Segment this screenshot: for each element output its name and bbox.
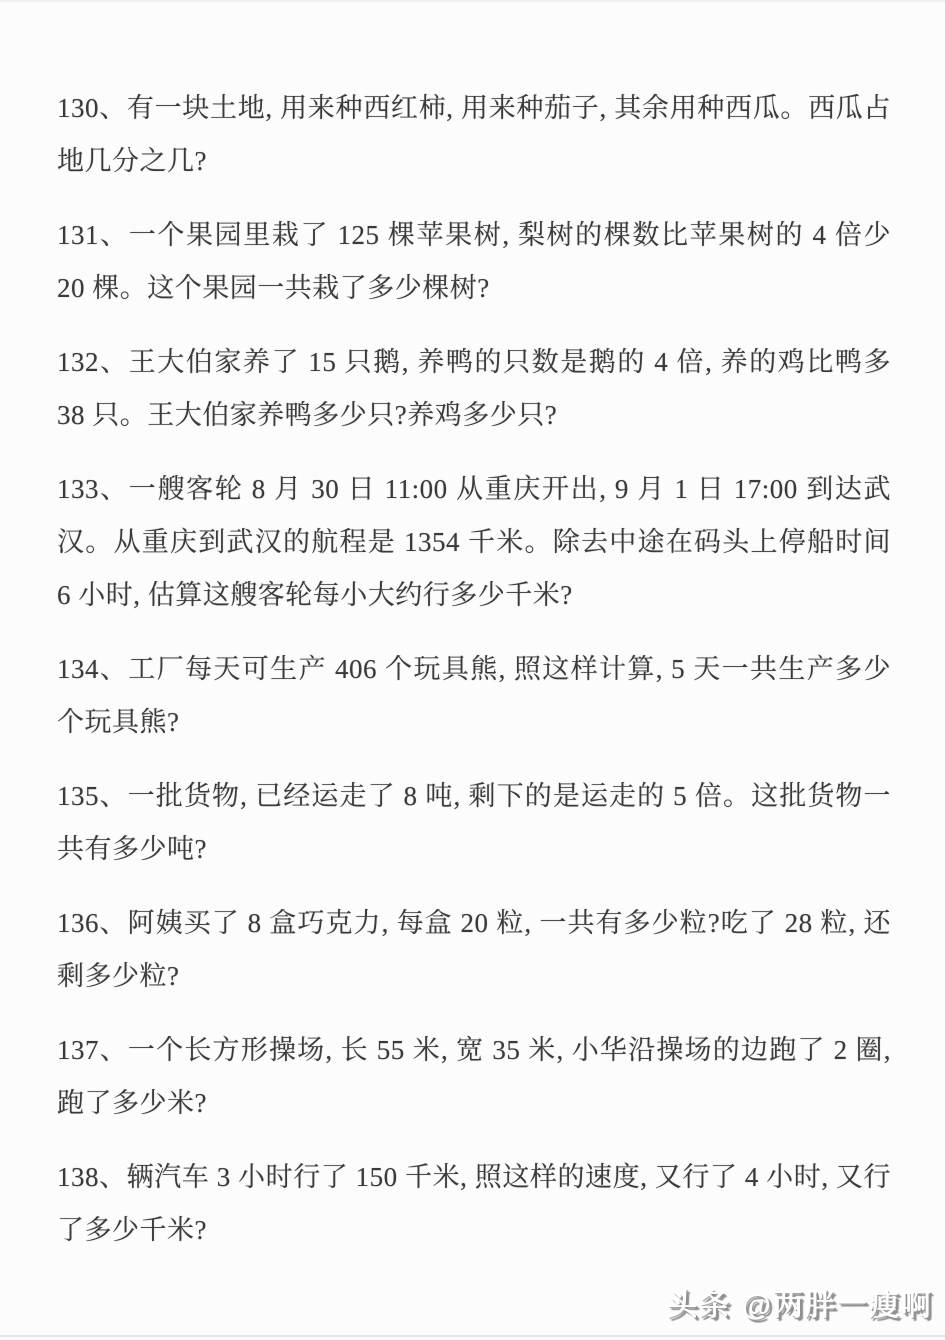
problem-135: 135、一批货物, 已经运走了 8 吨, 剩下的是运走的 5 倍。这批货物一共有…: [57, 770, 891, 876]
problem-text: 有一块土地, 用来种西红柿, 用来种茄子, 其余用种西瓜。西瓜占地几分之几?: [57, 93, 891, 176]
problem-133: 133、一艘客轮 8 月 30 日 11:00 从重庆开出, 9 月 1 日 1…: [57, 463, 891, 622]
problem-137: 137、一个长方形操场, 长 55 米, 宽 35 米, 小华沿操场的边跑了 2…: [57, 1024, 891, 1130]
top-divider: [0, 0, 945, 2]
problem-138: 138、辆汽车 3 小时行了 150 千米, 照这样的速度, 又行了 4 小时,…: [57, 1151, 891, 1257]
worksheet-page: 130、有一块土地, 用来种西红柿, 用来种茄子, 其余用种西瓜。西瓜占地几分之…: [0, 0, 945, 1340]
problem-136: 136、阿姨买了 8 盒巧克力, 每盒 20 粒, 一共有多少粒?吃了 28 粒…: [57, 897, 891, 1003]
bottom-divider: [0, 1335, 945, 1337]
problem-number: 136、: [57, 908, 128, 938]
problem-number: 135、: [57, 781, 128, 811]
problem-130: 130、有一块土地, 用来种西红柿, 用来种茄子, 其余用种西瓜。西瓜占地几分之…: [57, 82, 891, 188]
problem-132: 132、王大伯家养了 15 只鹅, 养鸭的只数是鹅的 4 倍, 养的鸡比鸭多 3…: [57, 336, 891, 442]
problem-text: 一批货物, 已经运走了 8 吨, 剩下的是运走的 5 倍。这批货物一共有多少吨?: [57, 781, 891, 864]
problem-text: 阿姨买了 8 盒巧克力, 每盒 20 粒, 一共有多少粒?吃了 28 粒, 还剩…: [57, 908, 891, 991]
problem-text: 工厂每天可生产 406 个玩具熊, 照这样计算, 5 天一共生产多少个玩具熊?: [57, 654, 891, 737]
problem-text: 一艘客轮 8 月 30 日 11:00 从重庆开出, 9 月 1 日 17:00…: [57, 474, 891, 610]
problem-text: 王大伯家养了 15 只鹅, 养鸭的只数是鹅的 4 倍, 养的鸡比鸭多 38 只。…: [57, 347, 891, 430]
problem-number: 138、: [57, 1162, 127, 1192]
problem-131: 131、一个果园里栽了 125 棵苹果树, 梨树的棵数比苹果树的 4 倍少 20…: [57, 209, 891, 315]
problem-number: 130、: [57, 93, 127, 123]
problem-number: 134、: [57, 654, 128, 684]
problem-text: 一个长方形操场, 长 55 米, 宽 35 米, 小华沿操场的边跑了 2 圈, …: [57, 1035, 891, 1118]
problem-text: 辆汽车 3 小时行了 150 千米, 照这样的速度, 又行了 4 小时, 又行了…: [57, 1162, 891, 1245]
problem-134: 134、工厂每天可生产 406 个玩具熊, 照这样计算, 5 天一共生产多少个玩…: [57, 643, 891, 749]
problem-number: 132、: [57, 347, 129, 377]
problem-number: 137、: [57, 1035, 128, 1065]
problem-list: 130、有一块土地, 用来种西红柿, 用来种茄子, 其余用种西瓜。西瓜占地几分之…: [0, 0, 945, 1257]
problem-text: 一个果园里栽了 125 棵苹果树, 梨树的棵数比苹果树的 4 倍少 20 棵。这…: [57, 220, 891, 303]
problem-number: 133、: [57, 474, 129, 504]
toutiao-watermark: 头条 @两胖一瘦啊: [667, 1280, 933, 1324]
problem-number: 131、: [57, 220, 129, 250]
